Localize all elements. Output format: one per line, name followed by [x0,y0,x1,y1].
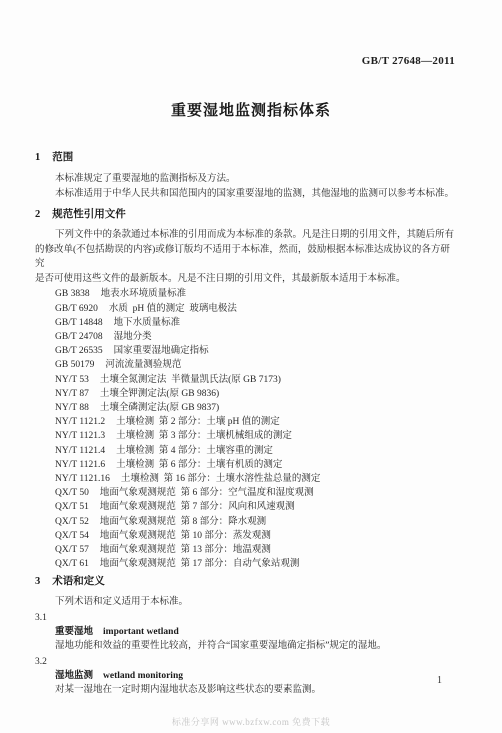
section-number: 2 [35,209,40,220]
reference-title: 地面气象观测规范 第 7 部分：风向和风速观测 [100,502,295,512]
reference-title: 湿地分类 [114,332,152,342]
document-page: GB/T 27648—2011 重要湿地监测指标体系 1范围 本标准规定了重要湿… [0,0,502,733]
section-3-intro: 下列术语和定义适用于本标准。 [35,595,459,609]
reference-title: 地面气象观测规范 第 17 部分：自动气象站观测 [100,559,300,569]
reference-code: QX/T 61 [55,559,89,569]
document-body: 1范围 本标准规定了重要湿地的监测指标及方法。 本标准适用于中华人民共和国范围内… [35,146,459,697]
term-line: 湿地监测wetland monitoring [35,669,459,683]
normative-references-list: GB 3838地表水环境质量标准 GB/T 6920水质 pH 值的测定 玻璃电… [35,287,459,571]
standard-code: GB/T 27648—2011 [362,55,455,67]
reference-item: NY/T 1121.4土壤检测 第 4 部分：土壤容重的测定 [35,444,459,458]
reference-title: 土壤检测 第 16 部分：土壤水溶性盐总量的测定 [121,474,321,484]
reference-title: 地面气象观测规范 第 6 部分：空气温度和湿度观测 [100,488,314,498]
reference-item: GB/T 24708湿地分类 [35,330,459,344]
term-definition: 对某一湿地在一定时期内湿地状态及影响这些状态的要素监测。 [35,683,459,697]
reference-title: 河流流量测验规范 [105,360,181,370]
clause-number: 3.1 [35,611,459,625]
reference-title: 土壤检测 第 4 部分：土壤容重的测定 [116,446,273,456]
reference-code: QX/T 52 [55,517,89,527]
reference-item: GB 3838地表水环境质量标准 [35,287,459,301]
section-title: 术语和定义 [52,576,105,587]
reference-item: NY/T 88土壤全磷测定法(原 GB 9837) [35,401,459,415]
reference-code: QX/T 51 [55,502,89,512]
reference-title: 水质 pH 值的测定 玻璃电极法 [109,304,237,314]
section-number: 1 [35,152,40,163]
reference-code: GB 3838 [55,289,90,299]
reference-item: QX/T 50地面气象观测规范 第 6 部分：空气温度和湿度观测 [35,486,459,500]
term-chinese: 湿地监测 [55,671,93,681]
reference-title: 土壤全磷测定法(原 GB 9837) [100,403,219,413]
reference-title: 土壤检测 第 2 部分：土壤 pH 值的测定 [116,417,280,427]
section-3-heading: 3术语和定义 [35,575,459,588]
section-number: 3 [35,576,40,587]
reference-code: GB/T 24708 [55,332,103,342]
reference-title: 地表水环境质量标准 [101,289,187,299]
paragraph-line: 是否可使用这些文件的最新版本。凡是不注日期的引用文件，其最新版本适用于本标准。 [35,272,459,287]
reference-code: GB/T 6920 [55,304,98,314]
section-title: 规范性引用文件 [52,209,126,220]
term-english: wetland monitoring [103,671,183,681]
term-english: important wetland [103,627,179,637]
reference-item: NY/T 1121.3土壤检测 第 3 部分：土壤机械组成的测定 [35,429,459,443]
reference-title: 地面气象观测规范 第 8 部分：降水观测 [100,517,266,527]
reference-title: 国家重要湿地确定指标 [114,346,209,356]
reference-code: QX/T 54 [55,531,89,541]
reference-code: GB 50179 [55,360,94,370]
reference-item: GB/T 14848地下水质量标准 [35,316,459,330]
reference-item: NY/T 1121.16土壤检测 第 16 部分：土壤水溶性盐总量的测定 [35,472,459,486]
reference-item: QX/T 57地面气象观测规范 第 13 部分：地温观测 [35,543,459,557]
document-title: 重要湿地监测指标体系 [0,99,502,120]
section-2-heading: 2规范性引用文件 [35,208,459,221]
reference-title: 地面气象观测规范 第 13 部分：地温观测 [100,545,271,555]
term-line: 重要湿地important wetland [35,625,459,639]
paragraph-line: 下列文件中的条款通过本标准的引用而成为本标准的条款。凡是注日期的引用文件，其随后… [35,228,459,243]
reference-code: NY/T 53 [55,375,89,385]
reference-title: 地下水质量标准 [114,318,181,328]
reference-title: 土壤全氮测定法 半微量凯氏法(原 GB 7173) [100,375,281,385]
reference-code: GB/T 26535 [55,346,103,356]
reference-item: NY/T 87土壤全钾测定法(原 GB 9836) [35,387,459,401]
reference-title: 土壤检测 第 6 部分：土壤有机质的测定 [116,460,282,470]
reference-item: QX/T 61地面气象观测规范 第 17 部分：自动气象站观测 [35,557,459,571]
reference-code: NY/T 1121.16 [55,474,110,484]
reference-code: QX/T 57 [55,545,89,555]
reference-title: 土壤全钾测定法(原 GB 9836) [100,389,219,399]
reference-item: QX/T 54地面气象观测规范 第 10 部分：蒸发观测 [35,529,459,543]
paragraph: 本标准适用于中华人民共和国范围内的国家重要湿地的监测，其他湿地的监测可以参考本标… [35,187,459,202]
reference-item: QX/T 52地面气象观测规范 第 8 部分：降水观测 [35,515,459,529]
reference-item: GB 50179河流流量测验规范 [35,358,459,372]
reference-item: NY/T 1121.2土壤检测 第 2 部分：土壤 pH 值的测定 [35,415,459,429]
reference-item: NY/T 53土壤全氮测定法 半微量凯氏法(原 GB 7173) [35,373,459,387]
reference-code: GB/T 14848 [55,318,103,328]
reference-code: NY/T 1121.4 [55,446,105,456]
term-definition: 湿地功能和效益的重要性比较高，并符合“国家重要湿地确定指标”规定的湿地。 [35,639,459,653]
clause-number: 3.2 [35,655,459,669]
reference-item: GB/T 6920水质 pH 值的测定 玻璃电极法 [35,302,459,316]
reference-item: QX/T 51地面气象观测规范 第 7 部分：风向和风速观测 [35,500,459,514]
reference-code: NY/T 1121.2 [55,417,105,427]
reference-item: NY/T 1121.6土壤检测 第 6 部分：土壤有机质的测定 [35,458,459,472]
section-title: 范围 [52,152,73,163]
reference-code: NY/T 1121.6 [55,460,105,470]
paragraph-line: 的修改单(不包括勘误的内容)或修订版均不适用于本标准，然而，鼓励根据本标准达成协… [35,243,459,272]
term-chinese: 重要湿地 [55,627,93,637]
watermark-text: 标准分享网 www.bzfxw.com 免费下载 [0,715,502,728]
section-2-intro: 下列文件中的条款通过本标准的引用而成为本标准的条款。凡是注日期的引用文件，其随后… [35,228,459,286]
term-entry-3-1: 3.1 重要湿地important wetland 湿地功能和效益的重要性比较高… [35,611,459,653]
reference-code: QX/T 50 [55,488,89,498]
reference-item: GB/T 26535国家重要湿地确定指标 [35,344,459,358]
reference-code: NY/T 1121.3 [55,431,105,441]
term-entry-3-2: 3.2 湿地监测wetland monitoring 对某一湿地在一定时期内湿地… [35,655,459,697]
section-1-heading: 1范围 [35,151,459,164]
section-1-paragraphs: 本标准规定了重要湿地的监测指标及方法。 本标准适用于中华人民共和国范围内的国家重… [35,172,459,202]
paragraph: 本标准规定了重要湿地的监测指标及方法。 [35,172,459,187]
reference-code: NY/T 88 [55,403,89,413]
reference-title: 地面气象观测规范 第 10 部分：蒸发观测 [100,531,271,541]
reference-code: NY/T 87 [55,389,89,399]
page-number: 1 [437,675,442,686]
reference-title: 土壤检测 第 3 部分：土壤机械组成的测定 [116,431,292,441]
